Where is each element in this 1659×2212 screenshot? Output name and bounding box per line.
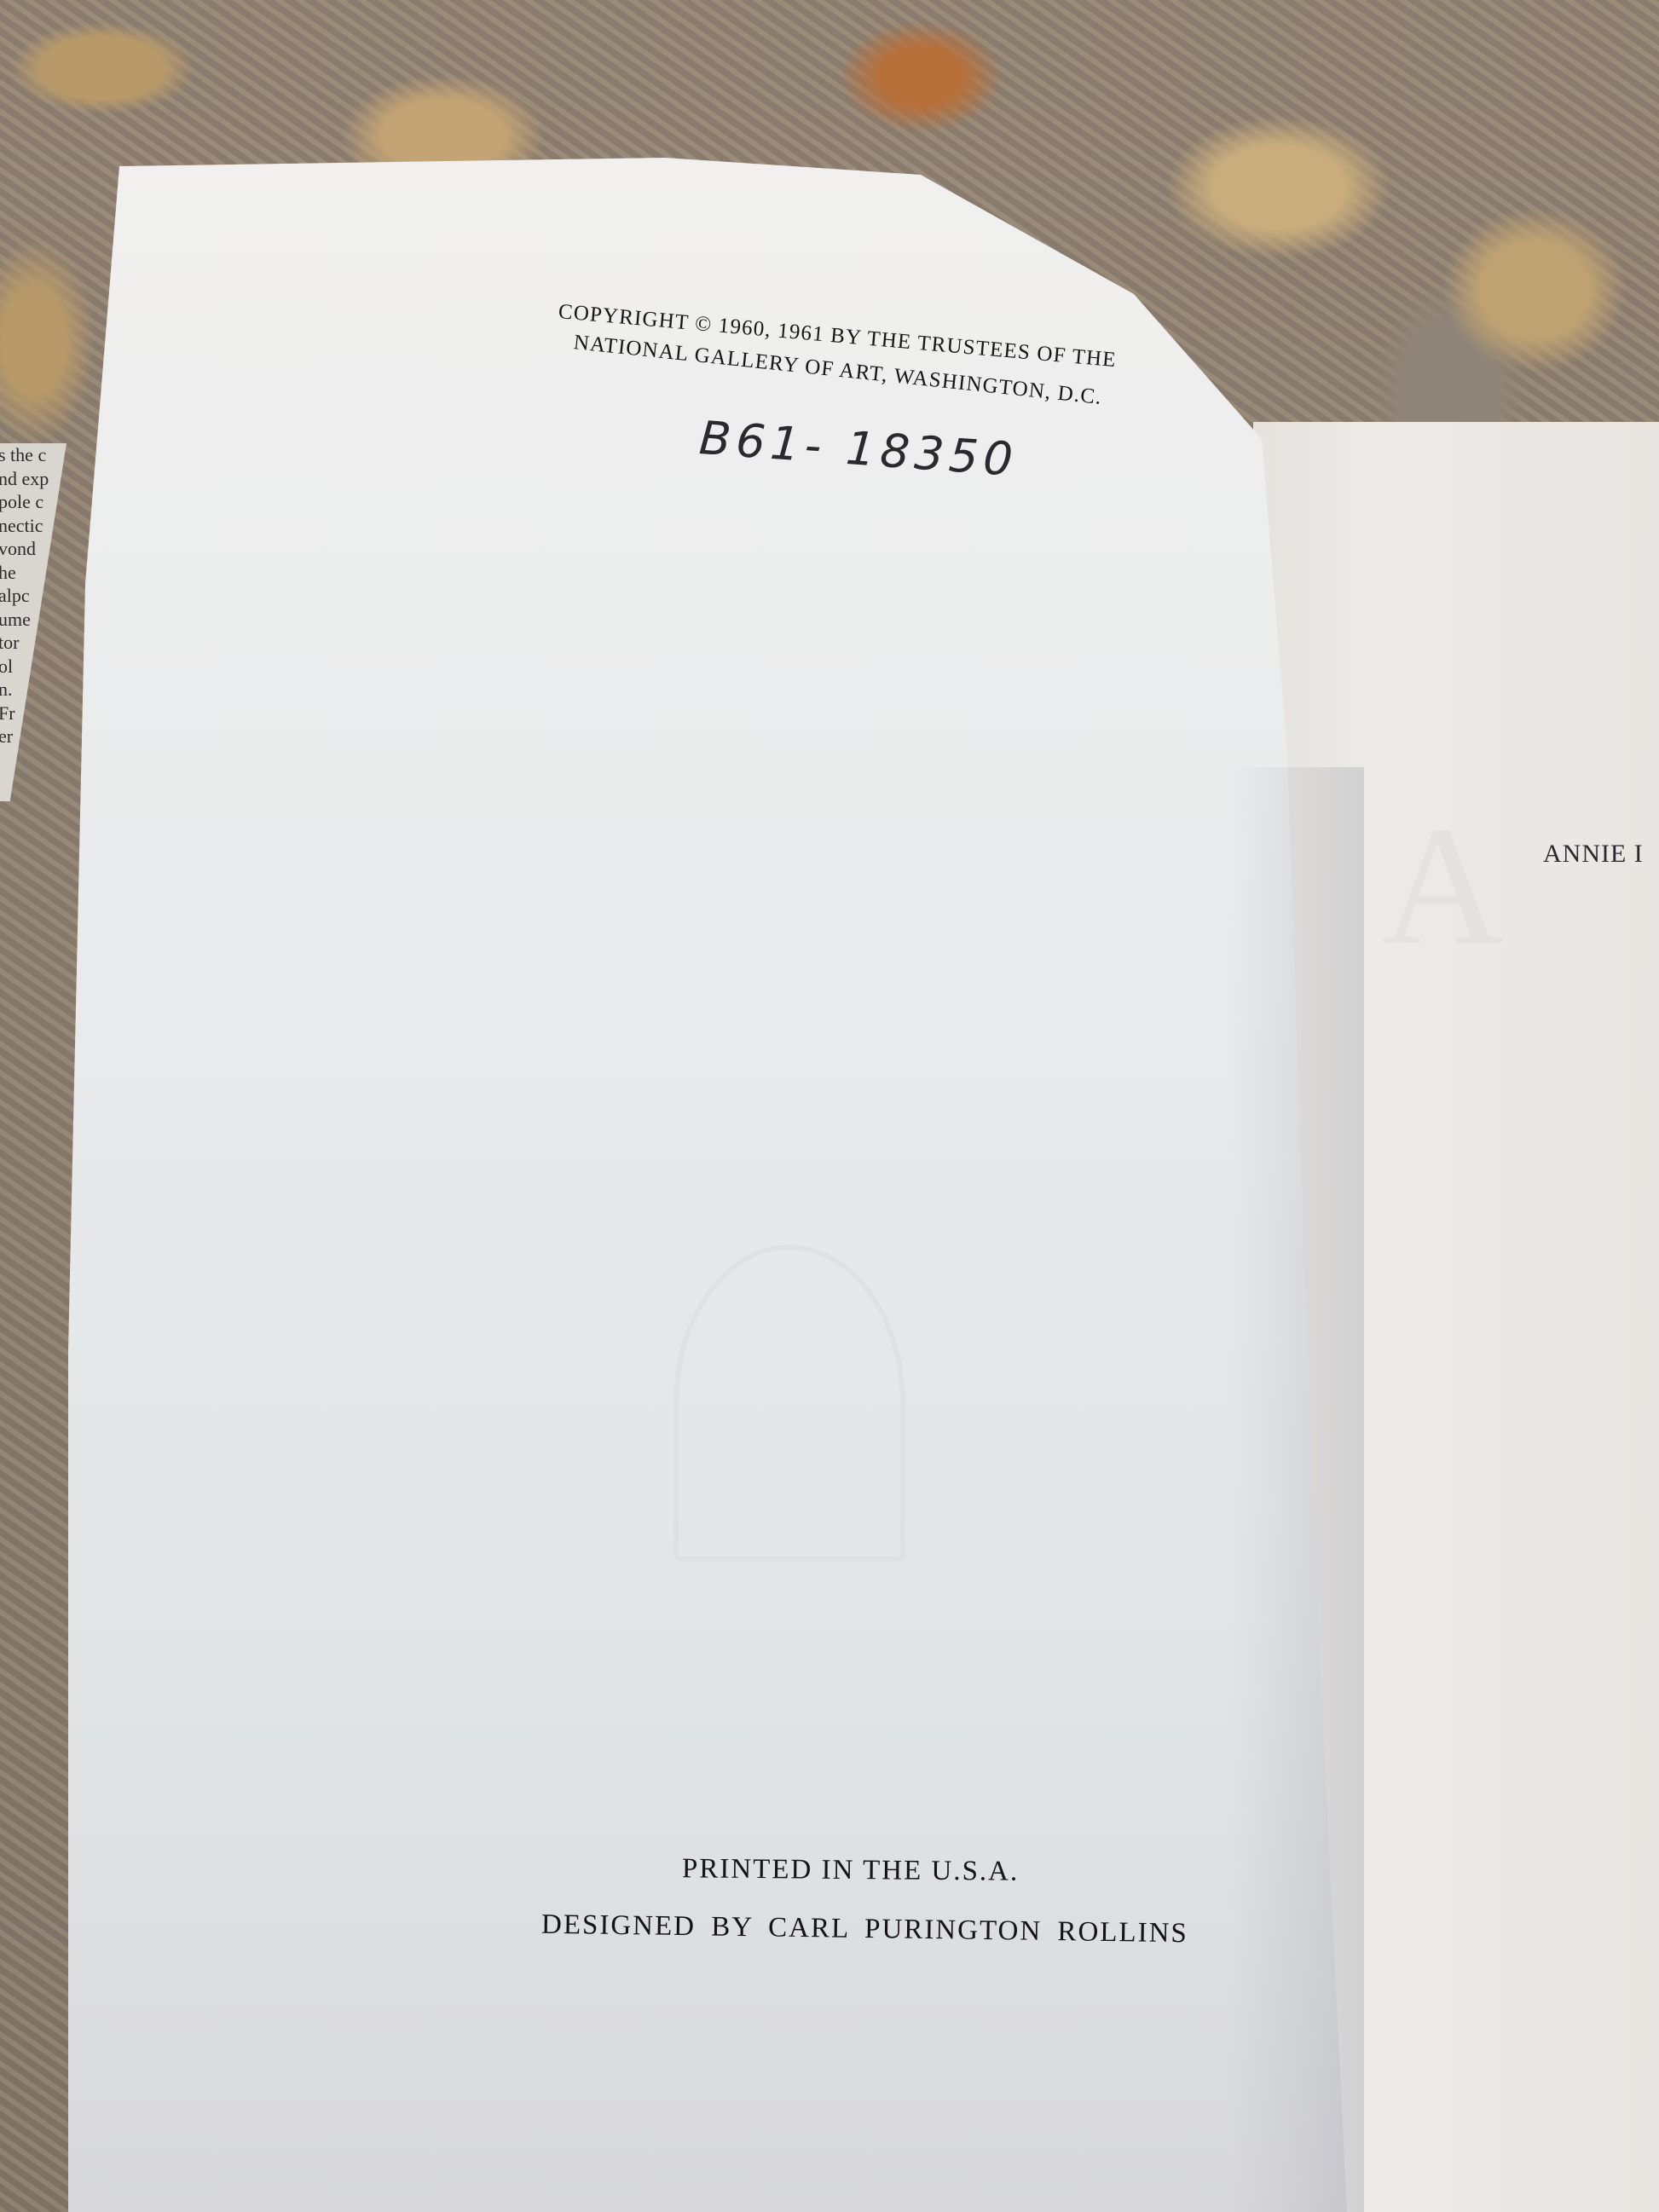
show-through-initial: A <box>1381 788 1504 984</box>
page-edge-shadow <box>1228 767 1364 2212</box>
printed-in-line: PRINTED IN THE U.S.A. <box>682 1853 1020 1887</box>
back-page-line: s the c <box>0 443 66 467</box>
show-through-emblem <box>673 1245 905 1562</box>
recto-heading: ANNIE I <box>1543 840 1644 869</box>
back-page-line: nd exp <box>0 467 66 491</box>
verso-page <box>68 158 1347 2212</box>
copyright-notice: COPYRIGHT © 1960, 1961 BY THE TRUSTEES O… <box>558 297 1119 358</box>
